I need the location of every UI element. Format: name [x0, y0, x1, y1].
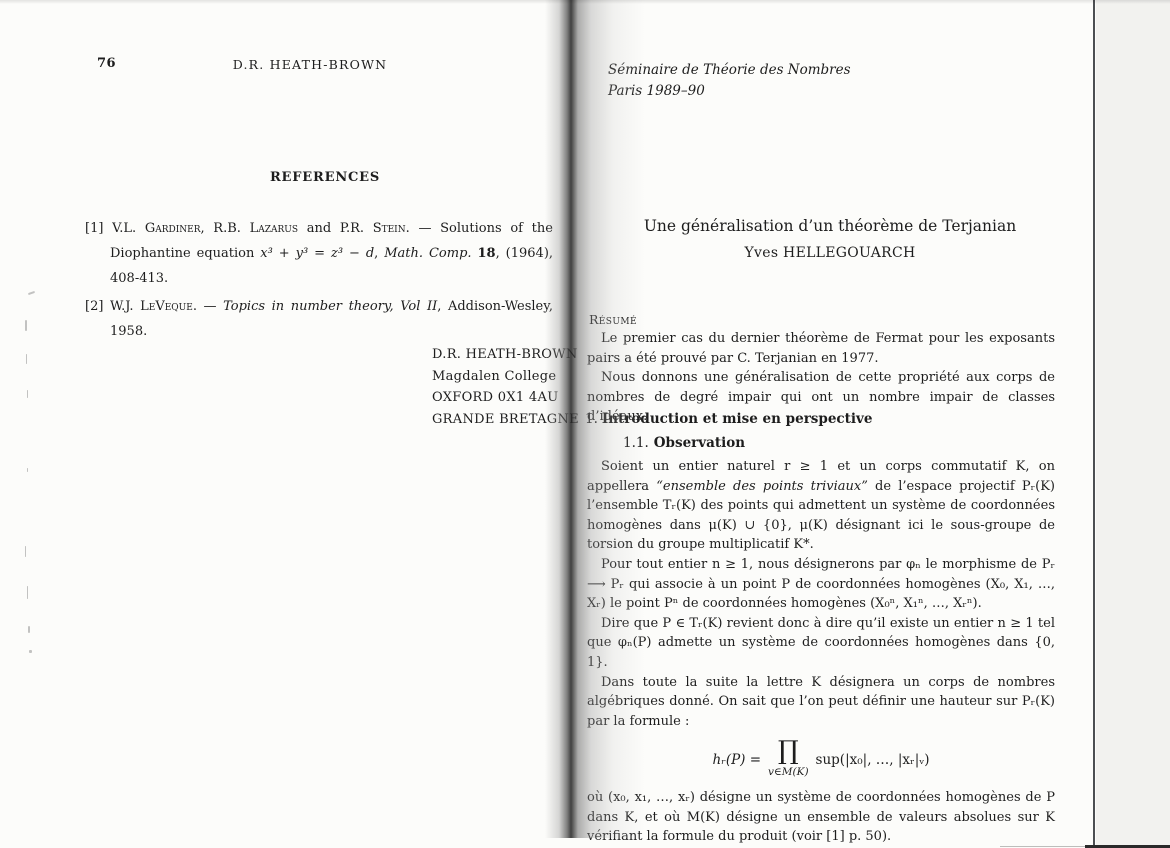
- body-text: Soient un entier naturel r ≥ 1 et un cor…: [587, 457, 1055, 847]
- body-paragraph: où (x₀, x₁, …, xᵣ) désigne un système de…: [587, 788, 1055, 847]
- paper-author: Yves HELLEGOUARCH: [585, 245, 1075, 261]
- scan-top-shade: [0, 0, 1170, 4]
- subsection-title: Observation: [654, 435, 745, 451]
- references-heading: REFERENCES: [75, 170, 575, 185]
- product-operator: ∏ v∈M(K): [768, 738, 809, 783]
- body-paragraph: Dire que P ∈ Tᵣ(K) revient donc à dire q…: [587, 614, 1055, 673]
- scan-artifact: [27, 390, 28, 398]
- book-gutter-shadow: [545, 0, 645, 838]
- scanner-background: [1096, 0, 1170, 848]
- formula-rhs: sup(|x₀|, …, |xᵣ|ᵥ): [816, 751, 930, 771]
- formula-lhs: hᵣ(P) =: [712, 751, 761, 771]
- page-edge-line: [1093, 0, 1095, 848]
- body-paragraph: Dans toute la suite la lettre K désigner…: [587, 673, 1055, 732]
- body-paragraph: Soient un entier naturel r ≥ 1 et un cor…: [587, 457, 1055, 555]
- scan-artifact: [26, 354, 27, 364]
- page-bottom-edge-faint: [1000, 846, 1085, 847]
- scan-artifact: [25, 320, 27, 331]
- scan-artifact: [27, 468, 28, 472]
- book-scan-spread: 76 D.R. HEATH-BROWN REFERENCES [1] V.L. …: [0, 0, 1170, 848]
- left-page: 76 D.R. HEATH-BROWN REFERENCES [1] V.L. …: [0, 0, 553, 848]
- body-paragraph: Pour tout entier n ≥ 1, nous désignerons…: [587, 555, 1055, 614]
- right-page: Séminaire de Théorie des Nombres Paris 1…: [585, 0, 1095, 848]
- reference-entry: [2] W.J. LeVeque. — Topics in number the…: [85, 294, 553, 344]
- paper-title: Une généralisation d’un théorème de Terj…: [585, 217, 1075, 235]
- scan-artifact: [25, 546, 26, 557]
- reference-entry: [1] V.L. Gardiner, R.B. Lazarus and P.R.…: [85, 216, 553, 291]
- title-block: Une généralisation d’un théorème de Terj…: [585, 217, 1075, 261]
- resume-paragraph: Le premier cas du dernier théorème de Fe…: [587, 329, 1055, 368]
- running-header: D.R. HEATH-BROWN: [60, 57, 560, 72]
- product-symbol: ∏: [778, 738, 799, 764]
- scan-artifact: [28, 626, 30, 633]
- height-formula: hᵣ(P) = ∏ v∈M(K) sup(|x₀|, …, |xᵣ|ᵥ): [587, 738, 1055, 783]
- product-subscript: v∈M(K): [768, 763, 809, 783]
- scan-artifact: [29, 650, 32, 653]
- scan-artifact: [27, 586, 28, 599]
- references-list: [1] V.L. Gardiner, R.B. Lazarus and P.R.…: [85, 216, 553, 344]
